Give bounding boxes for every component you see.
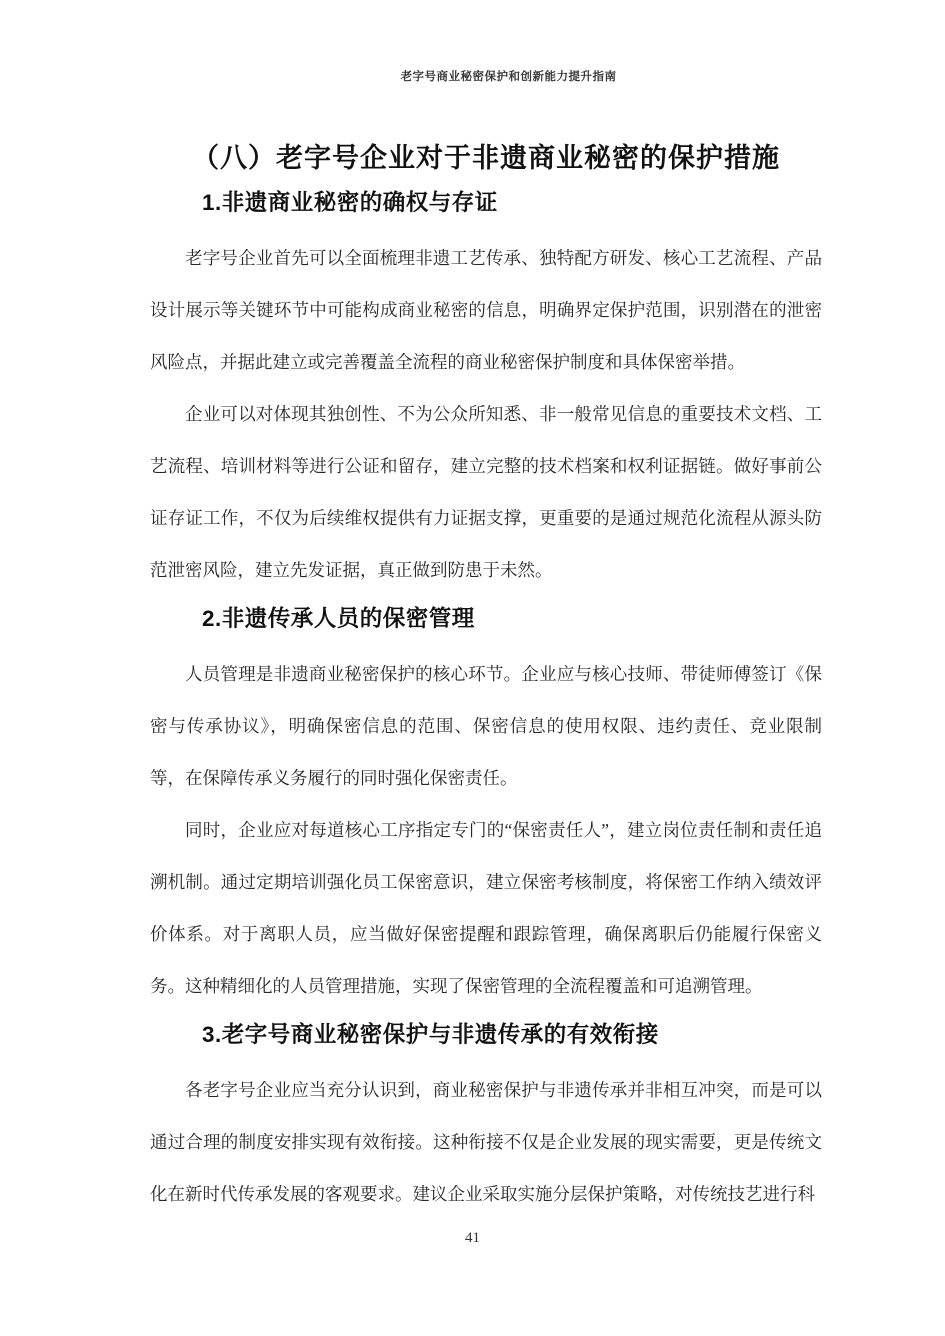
section-3-heading: 3.老字号商业秘密保护与非遗传承的有效衔接 xyxy=(150,1020,822,1050)
page-content: （八）老字号企业对于非遗商业秘密的保护措施 1.非遗商业秘密的确权与存证 老字号… xyxy=(150,128,822,1220)
section-2: 2.非遗传承人员的保密管理 人员管理是非遗商业秘密保护的核心环节。企业应与核心技… xyxy=(150,604,822,1012)
page-number: 41 xyxy=(0,1230,945,1247)
section-2-heading: 2.非遗传承人员的保密管理 xyxy=(150,604,822,634)
section-1-paragraph-1: 老字号企业首先可以全面梳理非遗工艺传承、独特配方研发、核心工艺流程、产品设计展示… xyxy=(150,232,822,388)
section-2-paragraph-1: 人员管理是非遗商业秘密保护的核心环节。企业应与核心技师、带徒师傅签订《保密与传承… xyxy=(150,648,822,804)
document-page: 老字号商业秘密保护和创新能力提升指南 （八）老字号企业对于非遗商业秘密的保护措施… xyxy=(0,0,945,1336)
running-header: 老字号商业秘密保护和创新能力提升指南 xyxy=(0,68,945,84)
section-1-paragraph-2: 企业可以对体现其独创性、不为公众所知悉、非一般常见信息的重要技术文档、工艺流程、… xyxy=(150,388,822,596)
section-3-paragraph-1: 各老字号企业应当充分认识到，商业秘密保护与非遗传承并非相互冲突，而是可以通过合理… xyxy=(150,1064,822,1220)
section-1: 1.非遗商业秘密的确权与存证 老字号企业首先可以全面梳理非遗工艺传承、独特配方研… xyxy=(150,188,822,596)
section-2-paragraph-2: 同时，企业应对每道核心工序指定专门的“保密责任人”，建立岗位责任制和责任追溯机制… xyxy=(150,804,822,1012)
section-1-heading: 1.非遗商业秘密的确权与存证 xyxy=(150,188,822,218)
section-3: 3.老字号商业秘密保护与非遗传承的有效衔接 各老字号企业应当充分认识到，商业秘密… xyxy=(150,1020,822,1220)
document-title: （八）老字号企业对于非遗商业秘密的保护措施 xyxy=(150,136,822,180)
